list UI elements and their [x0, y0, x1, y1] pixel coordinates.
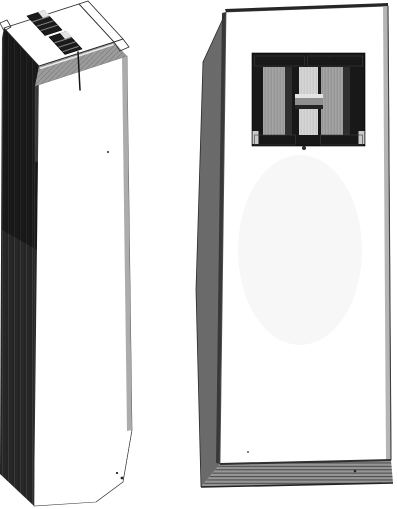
- H-right-stem-shadow: [343, 67, 350, 135]
- face-mottling-dark: [238, 155, 362, 345]
- speck: [121, 477, 124, 480]
- top-face-counter-upper: [27, 10, 62, 36]
- left-block-right-edge-shade: [122, 56, 132, 431]
- left-block-top-right-flange: [79, 1, 123, 42]
- engraving-figure: Engraving of two pieces of movable print…: [0, 0, 397, 509]
- speck: [329, 56, 331, 58]
- top-face-counter-lower: [49, 31, 82, 55]
- left-block-foot-cut-edge: [96, 430, 132, 502]
- H-bottom-foot-right: [359, 131, 365, 144]
- type-block-perspective-view: Type body seen in perspective: raised le…: [0, 1, 132, 506]
- left-block-side-face-shadow: [2, 28, 39, 250]
- letter-H-text: H: [263, 58, 335, 160]
- right-block-top-edge: [225, 3, 388, 12]
- face-mottling-light: [220, 318, 304, 442]
- letter-H-face-relief: H: [252, 53, 365, 160]
- speck: [107, 151, 109, 153]
- type-block-face-view: Type seen from the face: letter H standi…: [196, 3, 393, 487]
- speck: [354, 470, 357, 473]
- engraving-canvas: Engraving of two pieces of movable print…: [0, 0, 397, 509]
- H-bottom-foot-left: [253, 131, 259, 144]
- speck: [116, 472, 118, 474]
- speck: [247, 451, 249, 453]
